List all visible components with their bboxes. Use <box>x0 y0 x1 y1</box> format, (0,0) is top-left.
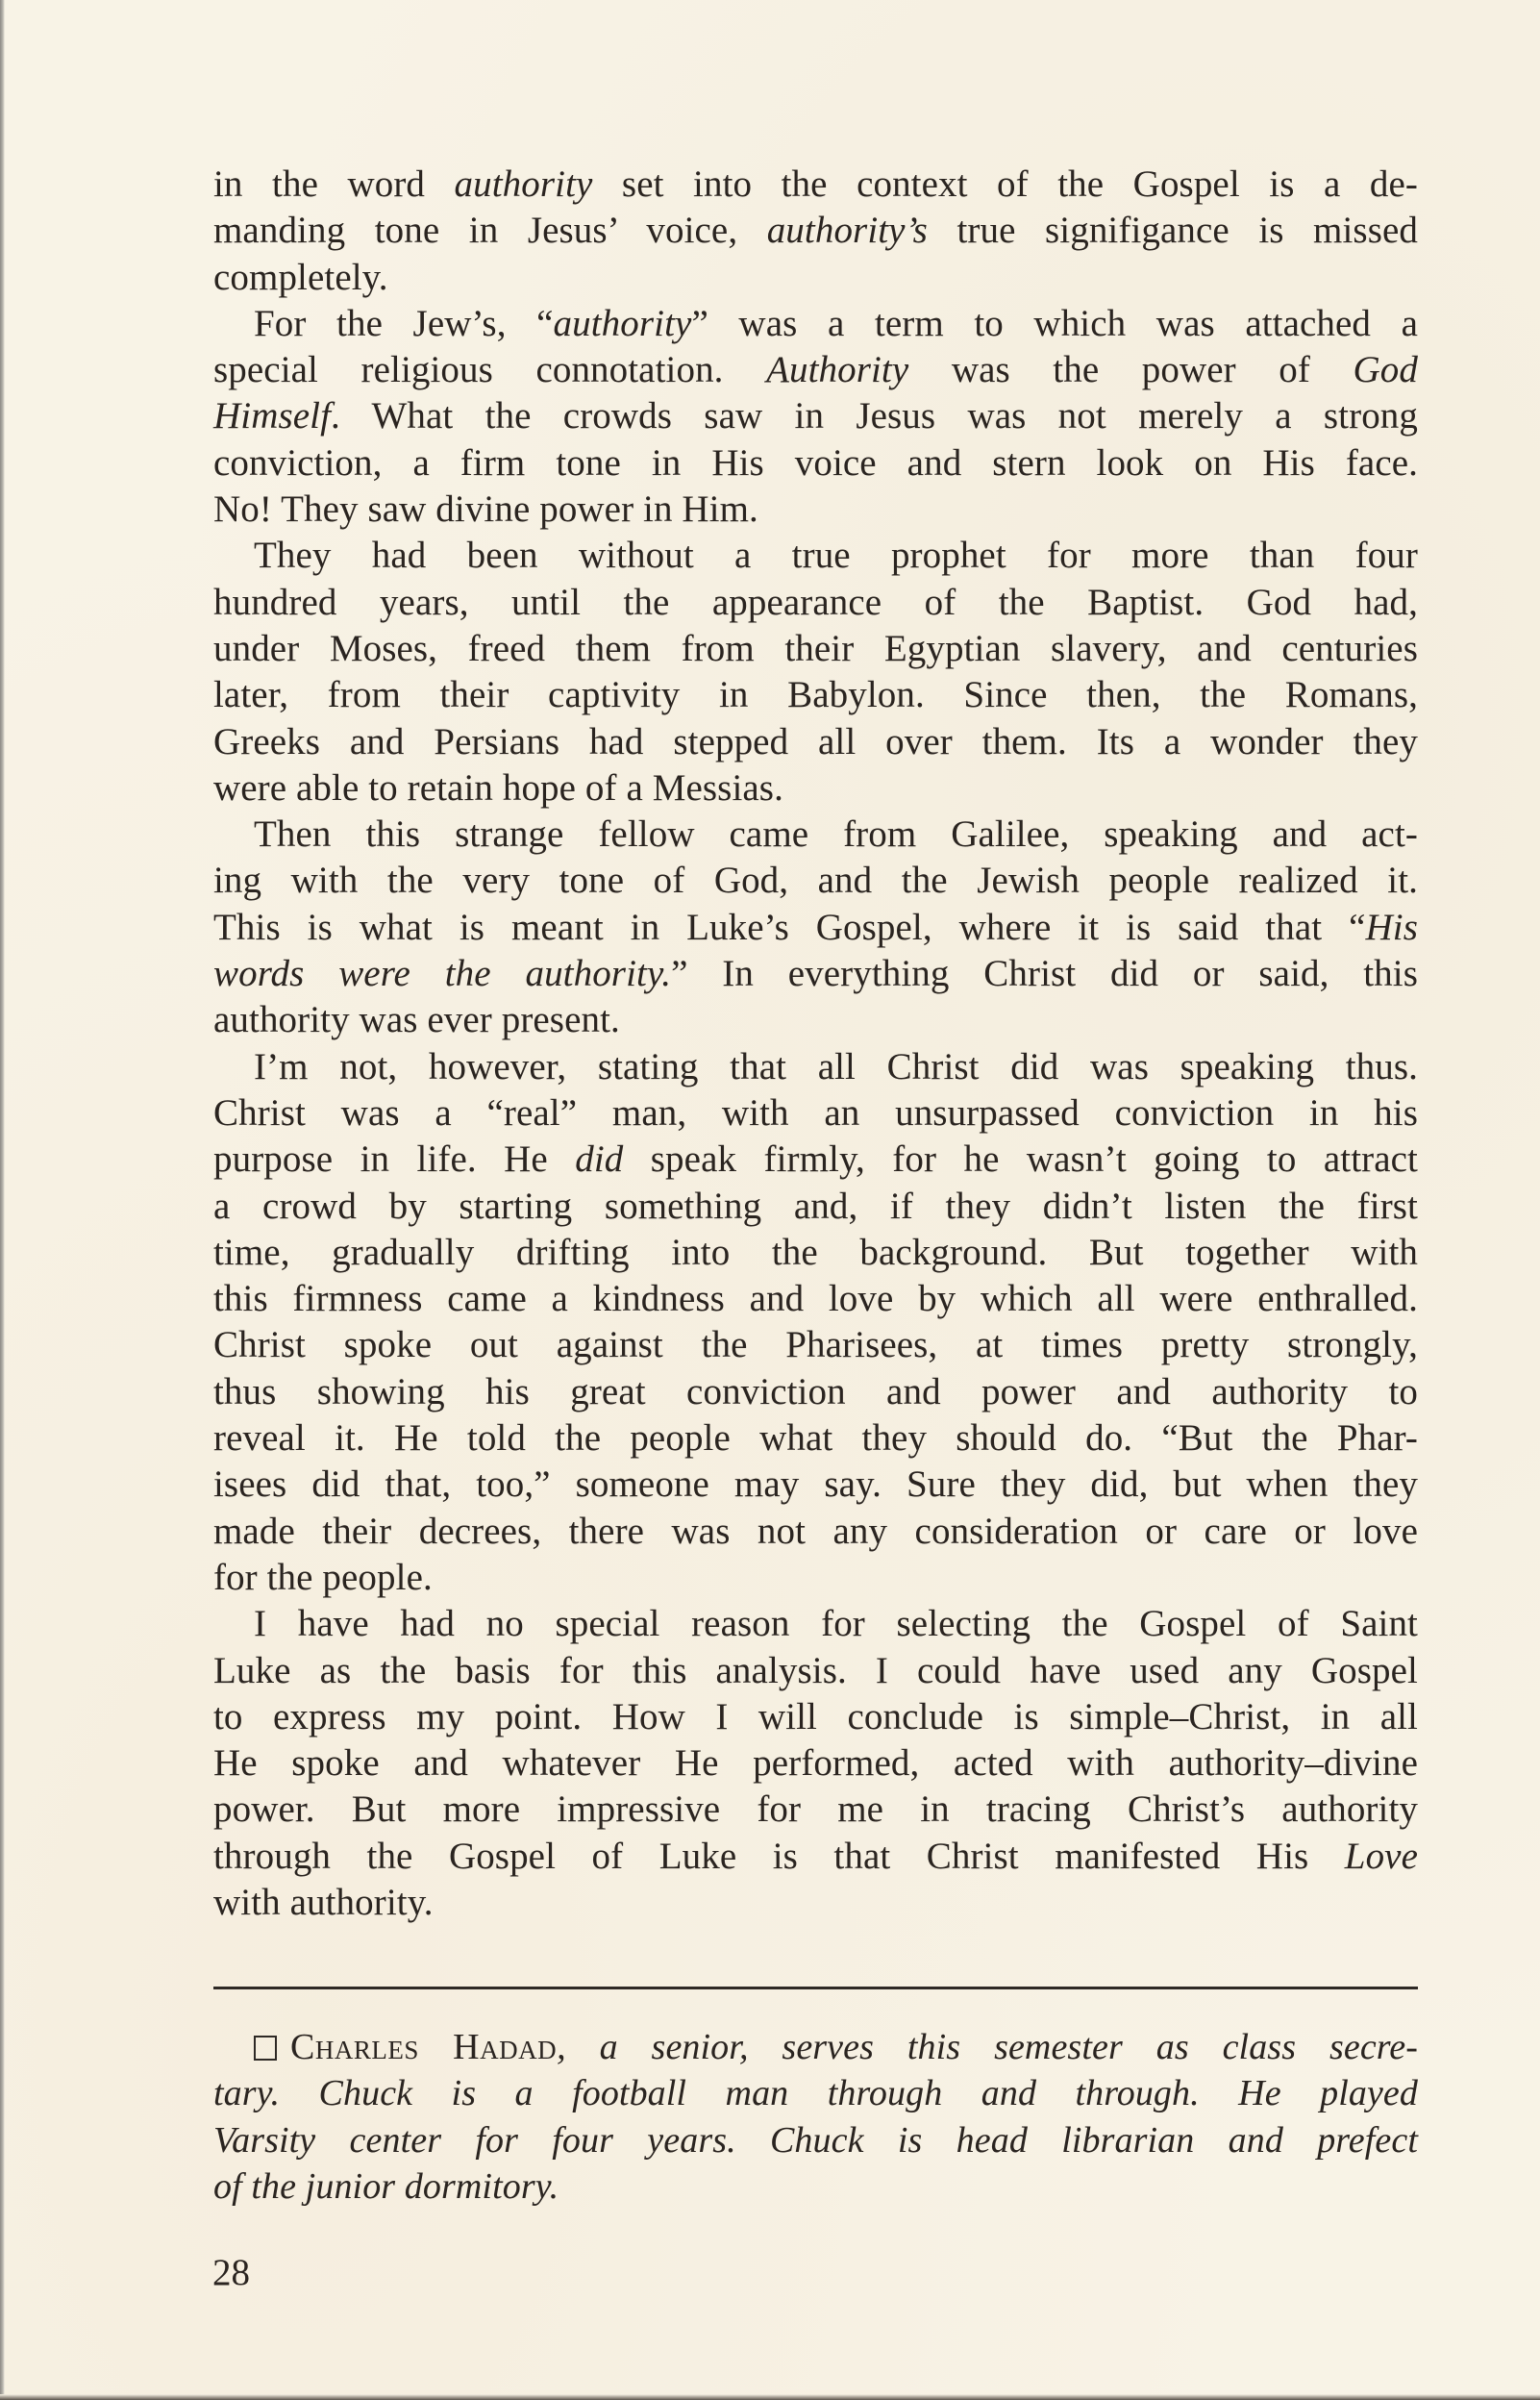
text-line: under Moses, freed them from their Egypt… <box>213 626 1418 672</box>
page-number: 28 <box>212 2250 250 2296</box>
italic-emphasis: Love <box>1345 1836 1418 1877</box>
text-line: Greeks and Persians had stepped all over… <box>213 719 1418 765</box>
text-line: later, from their captivity in Babylon. … <box>213 672 1418 718</box>
text-line: I’m not, however, stating that all Chris… <box>213 1044 1418 1090</box>
text-line: completely. <box>213 255 1418 301</box>
text-line: power. But more impressive for me in tra… <box>213 1787 1418 1833</box>
footnote-line: tary. Chuck is a football man through an… <box>213 2070 1418 2116</box>
italic-emphasis: Himself <box>213 395 331 437</box>
footnote-line: Varsity center for four years. Chuck is … <box>213 2117 1418 2163</box>
text-line: ing with the very tone of God, and the J… <box>213 858 1418 904</box>
paragraph: I’m not, however, stating that all Chris… <box>213 1044 1418 1602</box>
italic-emphasis: did <box>575 1138 623 1180</box>
footnote-line: Charles Hadad, a senior, serves this sem… <box>213 2024 1418 2070</box>
text-line: through the Gospel of Luke is that Chris… <box>213 1834 1418 1880</box>
text-line: reveal it. He told the people what they … <box>213 1415 1418 1462</box>
text-line: words were the authority.” In everything… <box>213 951 1418 997</box>
text-line: to express my point. How I will conclude… <box>213 1694 1418 1740</box>
italic-emphasis: God <box>1354 349 1418 390</box>
text-line: authority was ever present. <box>213 997 1418 1043</box>
text-line: isees did that, too,” someone may say. S… <box>213 1462 1418 1508</box>
hollow-square-bullet-icon <box>254 2036 277 2061</box>
italic-emphasis: authority <box>455 163 593 205</box>
italic-emphasis: authority <box>554 303 692 344</box>
binding-edge <box>0 0 5 2400</box>
text-line: Christ was a “real” man, with an unsurpa… <box>213 1090 1418 1137</box>
text-line: a crowd by starting something and, if th… <box>213 1184 1418 1230</box>
text-line: Himself. What the crowds saw in Jesus wa… <box>213 393 1418 439</box>
text-line: I have had no special reason for selecti… <box>213 1601 1418 1647</box>
paragraph: Then this strange fellow came from Galil… <box>213 812 1418 1043</box>
text-line: For the Jew’s, “authority” was a term to… <box>213 301 1418 347</box>
text-line: Christ spoke out against the Pharisees, … <box>213 1322 1418 1368</box>
paragraph: in the word authority set into the conte… <box>213 162 1418 301</box>
text-line: for the people. <box>213 1555 1418 1601</box>
text-line: They had been without a true prophet for… <box>213 533 1418 579</box>
paragraph: For the Jew’s, “authority” was a term to… <box>213 301 1418 533</box>
author-bio-footnote: Charles Hadad, a senior, serves this sem… <box>213 2024 1418 2210</box>
text-line: purpose in life. He did speak firmly, fo… <box>213 1137 1418 1183</box>
article-body: in the word authority set into the conte… <box>213 162 1418 1926</box>
text-line: He spoke and whatever He performed, acte… <box>213 1740 1418 1787</box>
text-line: Then this strange fellow came from Galil… <box>213 812 1418 858</box>
footnote-text: , a senior, serves this semester as clas… <box>557 2027 1418 2067</box>
paragraph: They had been without a true prophet for… <box>213 533 1418 812</box>
italic-emphasis: words were the authority. <box>213 953 671 994</box>
italic-emphasis: Authority <box>766 349 908 390</box>
text-line: special religious connotation. Authority… <box>213 347 1418 393</box>
page-bottom-edge <box>0 2394 1540 2400</box>
text-line: No! They saw divine power in Him. <box>213 487 1418 533</box>
footnote-separator-rule <box>213 1987 1418 1989</box>
text-line: in the word authority set into the conte… <box>213 162 1418 208</box>
text-line: conviction, a firm tone in His voice and… <box>213 440 1418 487</box>
italic-emphasis: authority’s <box>767 210 928 251</box>
footnote-line: of the junior dormitory. <box>213 2163 1418 2210</box>
text-line: manding tone in Jesus’ voice, authority’… <box>213 208 1418 254</box>
paragraph: I have had no special reason for selecti… <box>213 1601 1418 1926</box>
text-line: time, gradually drifting into the backgr… <box>213 1230 1418 1276</box>
text-line: Luke as the basis for this analysis. I c… <box>213 1648 1418 1694</box>
author-name: Charles Hadad <box>290 2027 557 2067</box>
text-line: this firmness came a kindness and love b… <box>213 1276 1418 1322</box>
text-line: with authority. <box>213 1880 1418 1926</box>
text-line: hundred years, until the appearance of t… <box>213 580 1418 626</box>
text-line: were able to retain hope of a Messias. <box>213 765 1418 812</box>
text-line: thus showing his great conviction and po… <box>213 1369 1418 1415</box>
italic-emphasis: His <box>1366 907 1418 948</box>
text-line: This is what is meant in Luke’s Gospel, … <box>213 905 1418 951</box>
text-line: made their decrees, there was not any co… <box>213 1509 1418 1555</box>
